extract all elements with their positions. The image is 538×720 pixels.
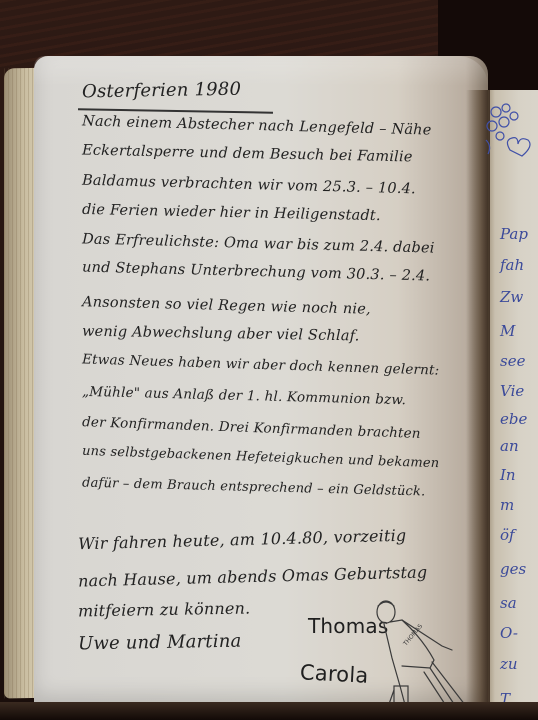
- right-page-fragment: m: [500, 496, 514, 514]
- right-page-fragment: Zw: [500, 288, 523, 306]
- right-page-fragment: In: [500, 466, 516, 484]
- entry-line-16: mitfeiern zu können.: [78, 598, 251, 620]
- right-page-fragment: zu: [500, 655, 518, 673]
- right-page-fragment: sa: [500, 594, 517, 612]
- entry-title: Osterferien 1980: [82, 79, 241, 103]
- right-page-fragment: ges: [500, 560, 526, 578]
- right-page-fragment: an: [500, 437, 519, 455]
- flower-heart-doodle-icon: [482, 100, 538, 165]
- signature-carola: Carola: [299, 660, 369, 688]
- right-page-fragment: O-: [500, 624, 518, 642]
- signature-parents: Uwe und Martina: [78, 631, 242, 655]
- right-page-fragment: see: [500, 352, 525, 370]
- book-bottom-shadow: [0, 702, 538, 720]
- right-page-fragment: ebe: [500, 410, 527, 428]
- right-page-fragment: öf: [500, 526, 515, 544]
- right-page-fragment: Vie: [500, 382, 524, 400]
- right-page-fragment: Pap: [500, 225, 528, 243]
- right-page-fragment: M: [500, 322, 515, 340]
- right-page-fragment: fah: [500, 256, 524, 274]
